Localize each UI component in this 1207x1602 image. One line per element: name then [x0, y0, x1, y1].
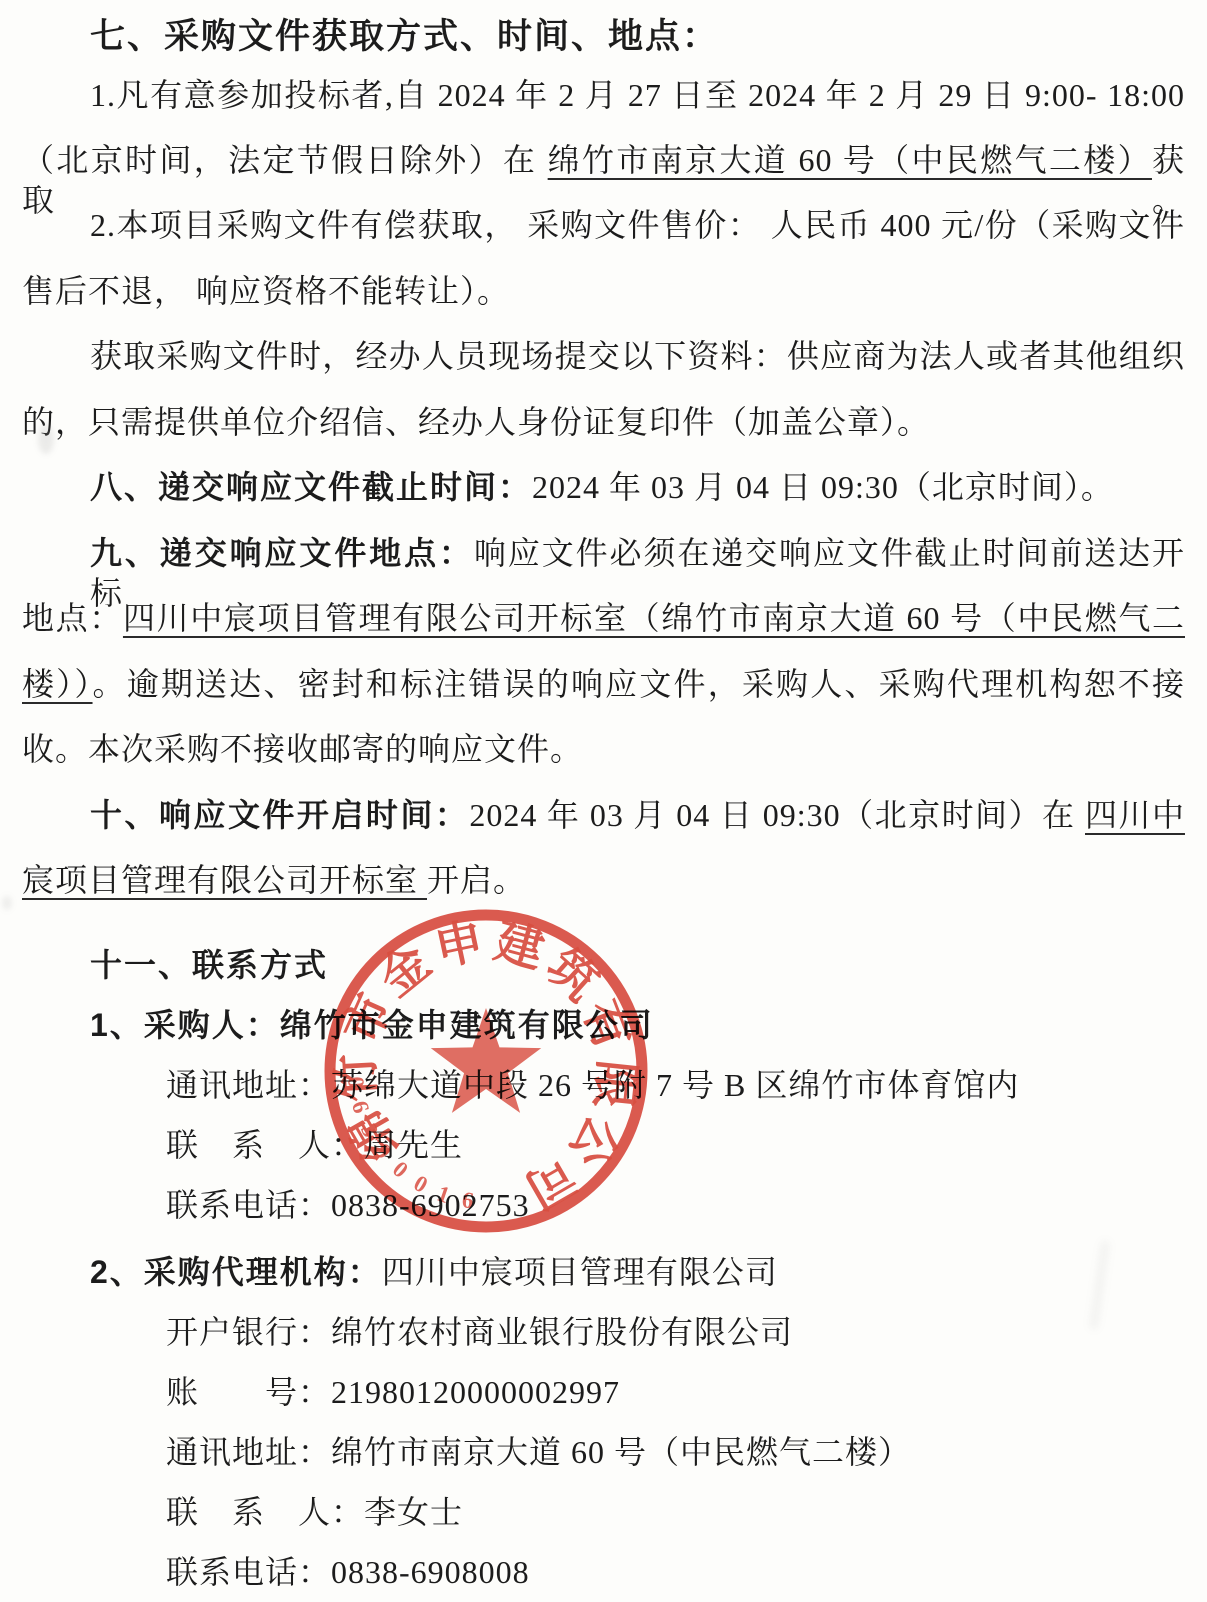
document-line: 售后不退， 响应资格不能转让）。 — [22, 271, 1185, 311]
text-segment: 四川中宸项目管理有限公司 — [382, 1254, 778, 1290]
text-segment: 四川中 — [1085, 797, 1185, 833]
document-line: 的，只需提供单位介绍信、经办人身份证复印件（加盖公章）。 — [22, 402, 1185, 442]
document-line: 楼））。逾期送达、密封和标注错误的响应文件，采购人、采购代理机构恕不接 — [22, 664, 1185, 704]
seal-company-char: 筑 — [536, 940, 607, 1012]
document-line: 地点：四川中宸项目管理有限公司开标室（绵竹市南京大道 60 号（中民燃气二 — [22, 598, 1185, 638]
document-line: 收。本次采购不接收邮寄的响应文件。 — [22, 729, 1185, 769]
text-segment: 通讯地址：绵竹市南京大道 60 号（中民燃气二楼） — [166, 1434, 911, 1470]
document-line: 宸项目管理有限公司开标室 开启。 — [22, 860, 1185, 900]
document-line: 通讯地址：绵竹市南京大道 60 号（中民燃气二楼） — [22, 1432, 1185, 1472]
text-segment: （北京时间，法定节假日除外）在 — [22, 142, 548, 178]
document-line: 联 系 人：李女士 — [22, 1492, 1185, 1532]
seal-company-char: 申 — [430, 914, 488, 976]
scan-smudge — [2, 896, 12, 910]
scanned-document-page: 七、采购文件获取方式、时间、地点：1.凡有意参加投标者,自 2024 年 2 月… — [0, 0, 1207, 1602]
seal-company-char: 建 — [489, 915, 549, 979]
text-segment: 2024 年 03 月 04 日 09:30（北京时间）。 — [532, 469, 1114, 505]
company-seal-stamp: 绵竹市金申建筑有限公司 06390016 — [316, 901, 656, 1241]
document-line: 七、采购文件获取方式、时间、地点： — [22, 17, 1185, 57]
document-line: 2、采购代理机构：四川中宸项目管理有限公司 — [22, 1252, 1185, 1292]
text-segment: 2.本项目采购文件有偿获取， 采购文件售价： 人民币 400 元/份（采购文件 — [90, 207, 1185, 243]
text-segment: 获取采购文件时，经办人员现场提交以下资料：供应商为法人或者其他组织 — [90, 338, 1185, 374]
document-line: 账 号：21980120000002997 — [22, 1372, 1185, 1412]
text-segment: 四川中宸项目管理有限公司开标室（绵竹市南京大道 60 号（中民燃气二 — [123, 600, 1185, 636]
seal-serial-digit: 1 — [434, 1181, 453, 1208]
text-segment: 十、响应文件开启时间： — [90, 797, 469, 833]
text-segment: 宸项目管理有限公司开标室 — [22, 862, 427, 898]
text-segment: 2、采购代理机构： — [90, 1254, 382, 1290]
text-segment: 的，只需提供单位介绍信、经办人身份证复印件（加盖公章）。 — [22, 404, 930, 440]
text-segment: 绵竹市南京大道 60 号（中民燃气二楼） — [548, 142, 1152, 178]
text-segment: 。逾期送达、密封和标注错误的响应文件，采购人、采购代理机构恕不接 — [93, 666, 1185, 702]
document-line: 1.凡有意参加投标者,自 2024 年 2 月 27 日至 2024 年 2 月… — [22, 75, 1185, 115]
seal-star-icon — [431, 1008, 541, 1113]
seal-company-char: 限 — [585, 1058, 643, 1111]
text-segment: 开启。 — [427, 862, 526, 898]
seal-company-char: 金 — [370, 935, 441, 1006]
text-segment: 八、递交响应文件截止时间： — [90, 469, 532, 505]
text-segment: 收。本次采购不接收邮寄的响应文件。 — [22, 731, 583, 767]
text-segment: 楼）） — [22, 666, 93, 702]
seal-serial-digit: 0 — [343, 1076, 369, 1090]
text-segment: 七、采购文件获取方式、时间、地点： — [90, 17, 719, 56]
text-segment: 1.凡有意参加投标者,自 2024 年 2 月 27 日至 2024 年 2 月… — [90, 77, 1185, 113]
text-segment: 2024 年 03 月 04 日 09:30（北京时间）在 — [469, 797, 1085, 833]
seal-company-char: 司 — [516, 1147, 584, 1217]
seal-serial-digit: 0 — [388, 1156, 413, 1182]
document-line: 联系电话：0838-6908008 — [22, 1552, 1185, 1592]
seal-serial-digit: 6 — [460, 1187, 475, 1213]
document-line: 2.本项目采购文件有偿获取， 采购文件售价： 人民币 400 元/份（采购文件 — [22, 205, 1185, 245]
text-segment: 开户银行：绵竹农村商业银行股份有限公司 — [166, 1314, 793, 1350]
text-segment: 售后不退， 响应资格不能转让）。 — [22, 273, 510, 309]
document-line: 获取采购文件时，经办人员现场提交以下资料：供应商为法人或者其他组织 — [22, 336, 1185, 376]
text-segment: 联 系 人：李女士 — [166, 1494, 463, 1530]
text-segment: 地点： — [22, 600, 123, 636]
document-line: 十、响应文件开启时间：2024 年 03 月 04 日 09:30（北京时间）在… — [22, 795, 1185, 835]
text-segment: 联系电话：0838-6908008 — [166, 1554, 530, 1590]
document-line: 八、递交响应文件截止时间：2024 年 03 月 04 日 09:30（北京时间… — [22, 467, 1185, 507]
scan-smudge — [38, 424, 54, 454]
document-line: 开户银行：绵竹农村商业银行股份有限公司 — [22, 1312, 1185, 1352]
seal-serial-digit: 0 — [410, 1170, 432, 1197]
text-segment: 十一、联系方式 — [90, 947, 328, 983]
text-segment: 九、递交响应文件地点： — [90, 535, 474, 571]
text-segment: 账 号：21980120000002997 — [166, 1374, 620, 1410]
